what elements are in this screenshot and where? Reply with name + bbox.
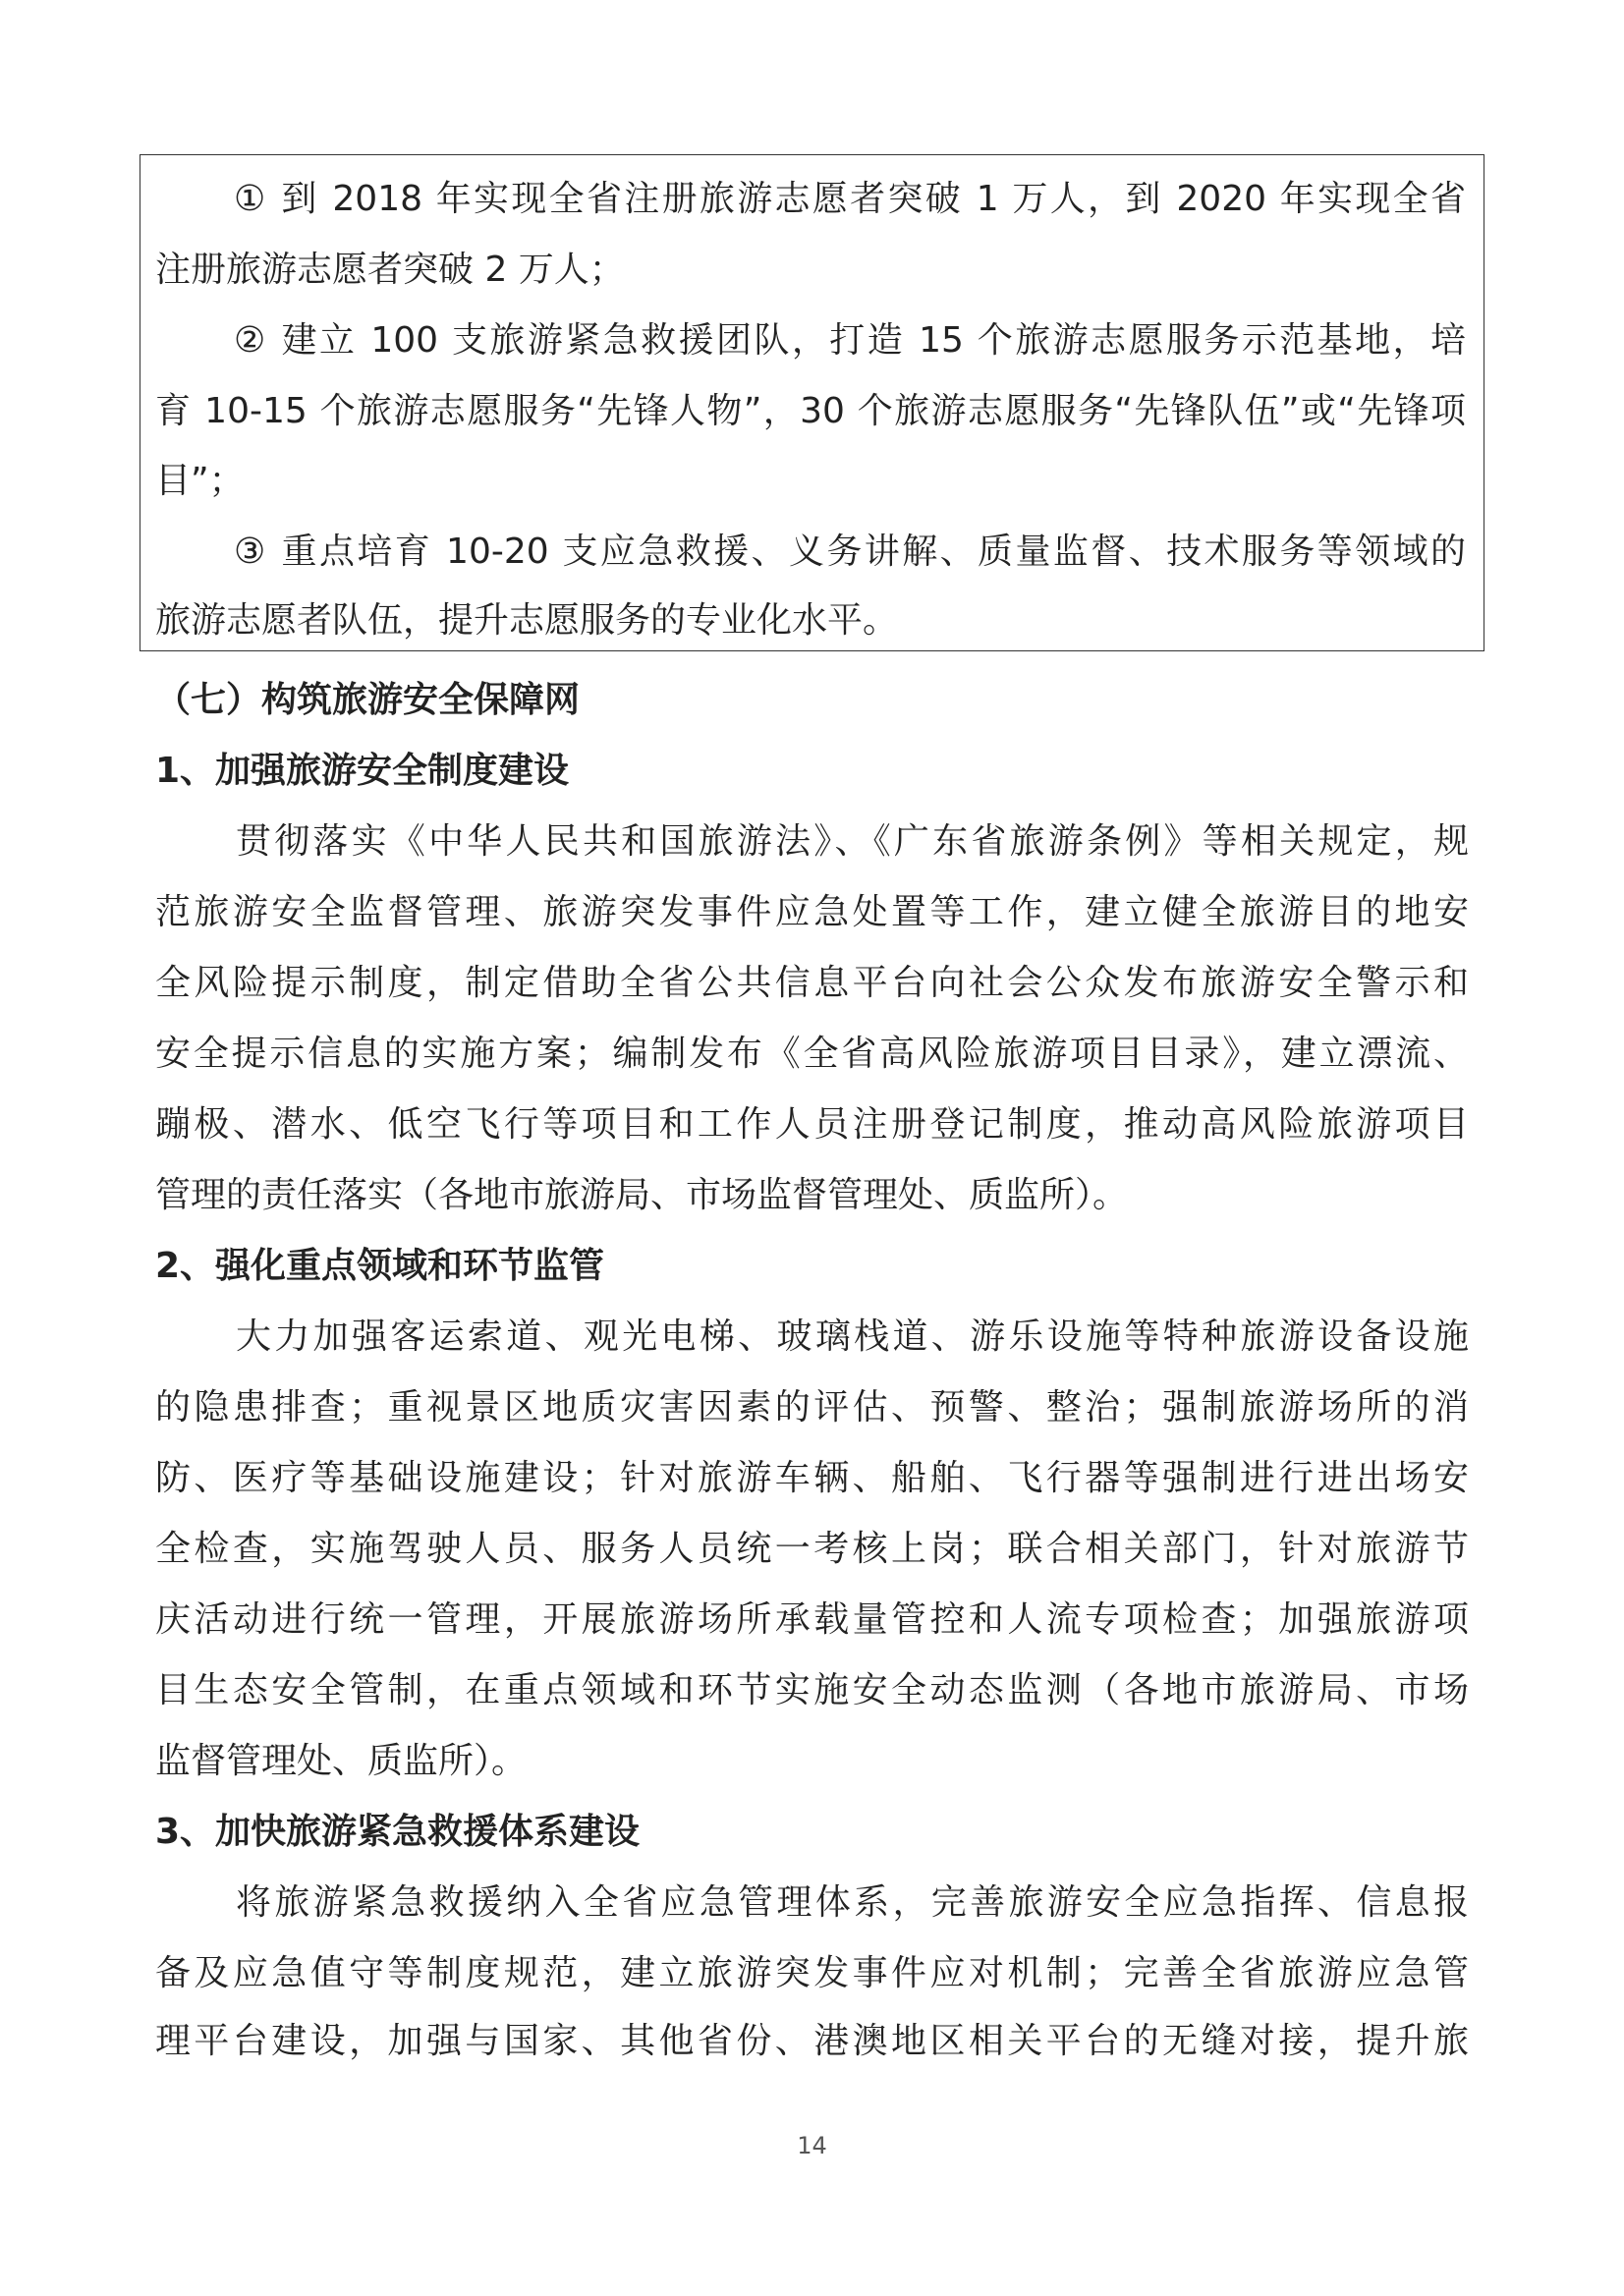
body-line: 贯彻落实《中华人民共和国旅游法》、《广东省旅游条例》等相关规定，规: [236, 820, 1469, 864]
box-line: 育 10-15 个旅游志愿服务“先锋人物”，30 个旅游志愿服务“先锋队伍”或“…: [155, 390, 1466, 433]
body-line: 目生态安全管制，在重点领域和环节实施安全动态监测（各地市旅游局、市场: [155, 1669, 1469, 1712]
subsection-heading: 2、强化重点领域和环节监管: [155, 1245, 604, 1288]
box-line: 注册旅游志愿者突破 2 万人；: [155, 249, 625, 292]
body-line: 防、医疗等基础设施建设；针对旅游车辆、船舶、飞行器等强制进行进出场安: [155, 1457, 1469, 1500]
body-line: 监督管理处、质监所）。: [155, 1740, 527, 1783]
body-line: 庆活动进行统一管理，开展旅游场所承载量管控和人流专项检查；加强旅游项: [155, 1598, 1469, 1642]
body-line: 全风险提示制度，制定借助全省公共信息平台向社会公众发布旅游安全警示和: [155, 962, 1469, 1005]
box-line: ① 到 2018 年实现全省注册旅游志愿者突破 1 万人，到 2020 年实现全…: [234, 178, 1466, 221]
body-line: 大力加强客运索道、观光电梯、玻璃栈道、游乐设施等特种旅游设备设施: [236, 1316, 1469, 1359]
page-number: 14: [0, 2132, 1624, 2159]
subsection-heading: 3、加快旅游紧急救援体系建设: [155, 1811, 640, 1854]
section-heading: （七）构筑旅游安全保障网: [155, 679, 580, 722]
body-line: 将旅游紧急救援纳入全省应急管理体系，完善旅游安全应急指挥、信息报: [236, 1881, 1469, 1925]
body-line: 理平台建设，加强与国家、其他省份、港澳地区相关平台的无缝对接，提升旅: [155, 2020, 1469, 2063]
box-line: ③ 重点培育 10-20 支应急救援、义务讲解、质量监督、技术服务等领域的: [234, 531, 1466, 574]
body-line: 全检查，实施驾驶人员、服务人员统一考核上岗；联合相关部门，针对旅游节: [155, 1528, 1469, 1571]
box-line: 旅游志愿者队伍，提升志愿服务的专业化水平。: [155, 599, 898, 643]
subsection-heading: 1、加强旅游安全制度建设: [155, 750, 569, 793]
body-line: 备及应急值守等制度规范，建立旅游突发事件应对机制；完善全省旅游应急管: [155, 1952, 1469, 1995]
body-line: 的隐患排查；重视景区地质灾害因素的评估、预警、整治；强制旅游场所的消: [155, 1386, 1469, 1429]
body-line: 蹦极、潜水、低空飞行等项目和工作人员注册登记制度，推动高风险旅游项目: [155, 1103, 1469, 1147]
box-line: 目”；: [155, 460, 245, 503]
body-line: 范旅游安全监督管理、旅游突发事件应急处置等工作，建立健全旅游目的地安: [155, 891, 1469, 934]
body-line: 安全提示信息的实施方案；编制发布《全省高风险旅游项目目录》，建立漂流、: [155, 1033, 1469, 1076]
box-line: ② 建立 100 支旅游紧急救援团队，打造 15 个旅游志愿服务示范基地，培: [234, 319, 1466, 363]
body-line: 管理的责任落实（各地市旅游局、市场监督管理处、质监所）。: [155, 1174, 1128, 1217]
